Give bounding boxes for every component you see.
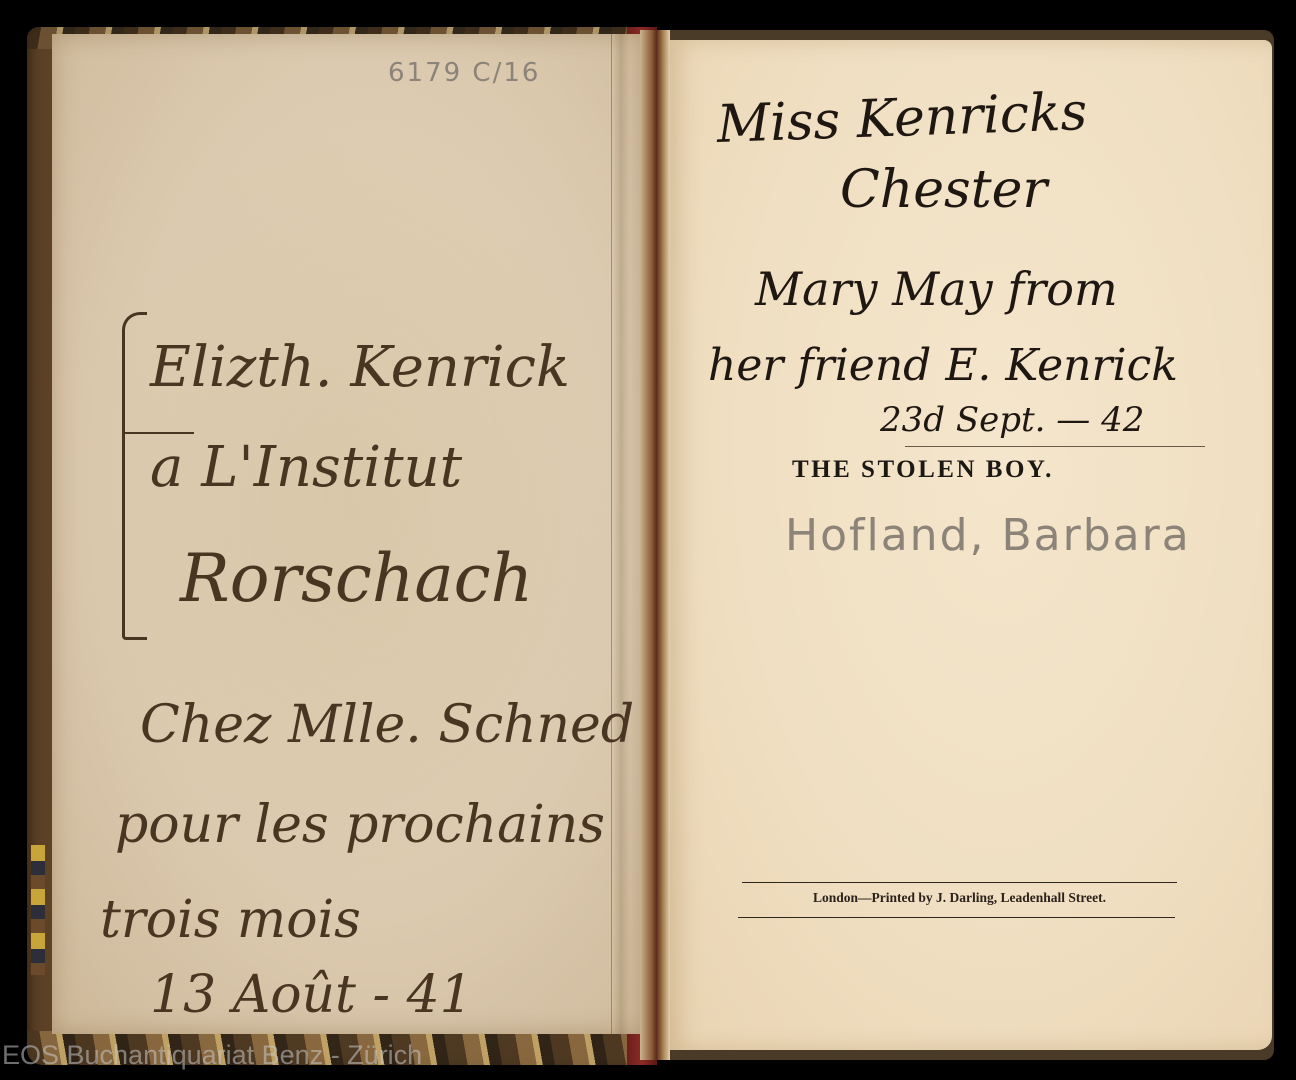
gutter bbox=[640, 30, 670, 1060]
inscription-line: Chez Mlle. Schned bbox=[140, 695, 634, 755]
ownership-inscription: Chester bbox=[840, 160, 1047, 220]
imprint-rule-bottom bbox=[738, 917, 1175, 918]
inscription-line: pour les prochains bbox=[115, 795, 605, 855]
bracket-mark bbox=[122, 312, 147, 640]
inscription-line: trois mois bbox=[100, 890, 361, 950]
imprint: London—Printed by J. Darling, Leadenhall… bbox=[742, 890, 1177, 906]
book-title: THE STOLEN BOY. bbox=[792, 456, 1054, 484]
gift-inscription-date: 23d Sept. — 42 bbox=[880, 400, 1144, 440]
paper-stain bbox=[92, 124, 612, 884]
pencil-author-note: Hofland, Barbara bbox=[785, 510, 1191, 561]
inscription-date: 13 Août - 41 bbox=[150, 965, 473, 1025]
page-fold bbox=[611, 34, 630, 1034]
inscription-line: Rorschach bbox=[180, 540, 533, 617]
gift-inscription: her friend E. Kenrick bbox=[708, 340, 1178, 391]
underline bbox=[905, 446, 1205, 447]
gift-inscription: Mary May from bbox=[755, 262, 1118, 316]
book-spread: 6179 C/16 Elizth. Kenrick a L'Institut R… bbox=[0, 0, 1296, 1080]
bracket-tick bbox=[124, 432, 194, 434]
imprint-rule-top bbox=[742, 882, 1177, 883]
inscription-line: a L'Institut bbox=[150, 435, 462, 500]
inscription-line: Elizth. Kenrick bbox=[150, 335, 570, 400]
shelfmark: 6179 C/16 bbox=[388, 58, 540, 88]
marbled-fragment bbox=[31, 845, 45, 975]
watermark: EOS Buchantiquariat Benz - Zürich bbox=[2, 1040, 422, 1071]
